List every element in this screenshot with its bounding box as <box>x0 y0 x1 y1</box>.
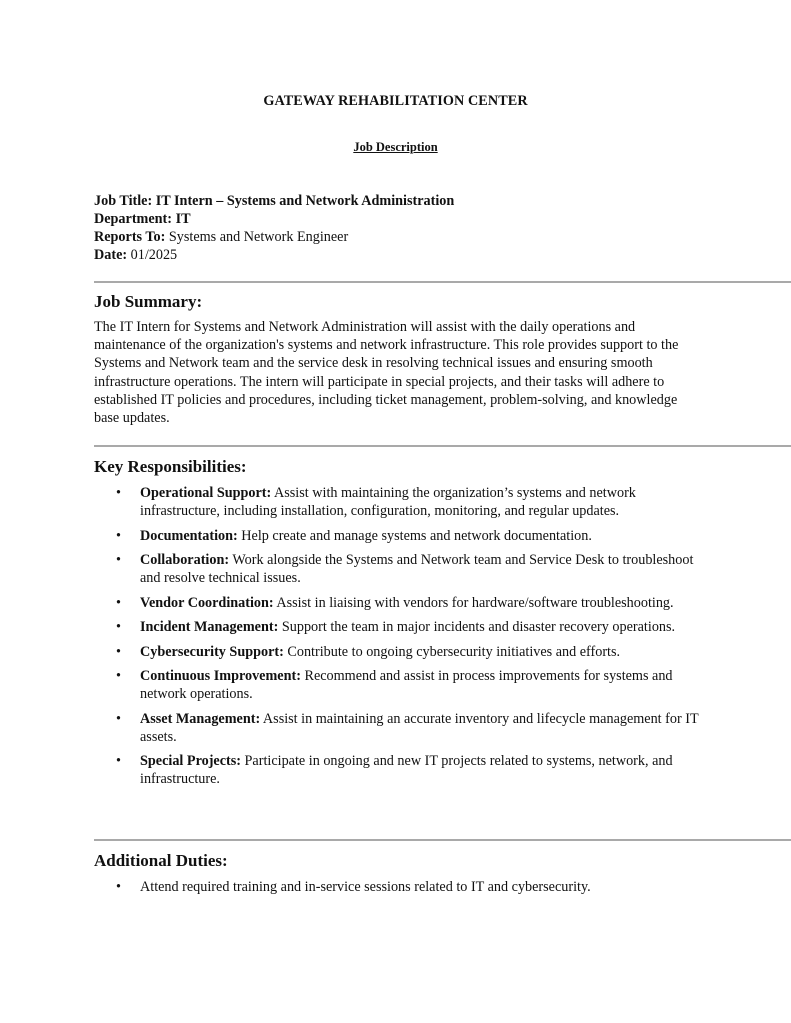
date-line: Date: 01/2025 <box>94 246 454 264</box>
organization-title: GATEWAY REHABILITATION CENTER <box>0 93 791 110</box>
reports-to-line: Reports To: Systems and Network Engineer <box>94 228 454 246</box>
bullet-icon: • <box>116 878 121 896</box>
list-item: •Operational Support: Assist with mainta… <box>94 484 704 520</box>
item-label: Operational Support: <box>140 485 271 501</box>
bullet-icon: • <box>116 527 121 545</box>
item-label: Documentation: <box>140 528 238 544</box>
bullet-icon: • <box>116 594 121 612</box>
key-responsibilities-heading: Key Responsibilities: <box>94 457 247 477</box>
department-label: Department: <box>94 211 172 227</box>
job-title-label: Job Title: <box>94 193 152 209</box>
reports-to-value: Systems and Network Engineer <box>169 229 348 245</box>
date-value: 01/2025 <box>131 247 178 263</box>
divider <box>94 839 791 841</box>
department-value: IT <box>176 211 191 227</box>
job-title-line: Job Title: IT Intern – Systems and Netwo… <box>94 192 454 210</box>
item-label: Asset Management: <box>140 711 260 727</box>
item-label: Collaboration: <box>140 552 229 568</box>
bullet-icon: • <box>116 667 121 685</box>
list-item: •Collaboration: Work alongside the Syste… <box>94 551 704 587</box>
item-label: Vendor Coordination: <box>140 595 274 611</box>
list-item: •Attend required training and in-service… <box>94 878 704 896</box>
item-label: Incident Management: <box>140 619 278 635</box>
item-text: Help create and manage systems and netwo… <box>238 528 592 544</box>
item-text: Support the team in major incidents and … <box>278 619 675 635</box>
item-label: Special Projects: <box>140 753 241 769</box>
date-label: Date: <box>94 247 127 263</box>
key-responsibilities-list: •Operational Support: Assist with mainta… <box>94 484 704 795</box>
list-item: •Asset Management: Assist in maintaining… <box>94 710 704 746</box>
bullet-icon: • <box>116 752 121 770</box>
item-text: Assist in liaising with vendors for hard… <box>274 595 674 611</box>
bullet-icon: • <box>116 551 121 569</box>
divider <box>94 445 791 447</box>
reports-to-label: Reports To: <box>94 229 165 245</box>
list-item: •Vendor Coordination: Assist in liaising… <box>94 594 704 612</box>
job-summary-heading: Job Summary: <box>94 292 202 312</box>
item-label: Cybersecurity Support: <box>140 644 284 660</box>
list-item: •Documentation: Help create and manage s… <box>94 527 704 545</box>
item-label: Continuous Improvement: <box>140 668 301 684</box>
additional-duties-list: •Attend required training and in-service… <box>94 878 704 903</box>
bullet-icon: • <box>116 643 121 661</box>
bullet-icon: • <box>116 618 121 636</box>
job-title-value: IT Intern – Systems and Network Administ… <box>156 193 455 209</box>
list-item: •Cybersecurity Support: Contribute to on… <box>94 643 704 661</box>
additional-duties-heading: Additional Duties: <box>94 851 228 871</box>
divider <box>94 281 791 283</box>
bullet-icon: • <box>116 484 121 502</box>
document-type: Job Description <box>0 140 791 155</box>
job-meta: Job Title: IT Intern – Systems and Netwo… <box>94 192 454 264</box>
item-text: Contribute to ongoing cybersecurity init… <box>284 644 620 660</box>
job-summary-text: The IT Intern for Systems and Network Ad… <box>94 318 704 427</box>
item-text: Attend required training and in-service … <box>140 879 591 895</box>
list-item: •Continuous Improvement: Recommend and a… <box>94 667 704 703</box>
list-item: •Special Projects: Participate in ongoin… <box>94 752 704 788</box>
bullet-icon: • <box>116 710 121 728</box>
list-item: •Incident Management: Support the team i… <box>94 618 704 636</box>
department-line: Department: IT <box>94 210 454 228</box>
